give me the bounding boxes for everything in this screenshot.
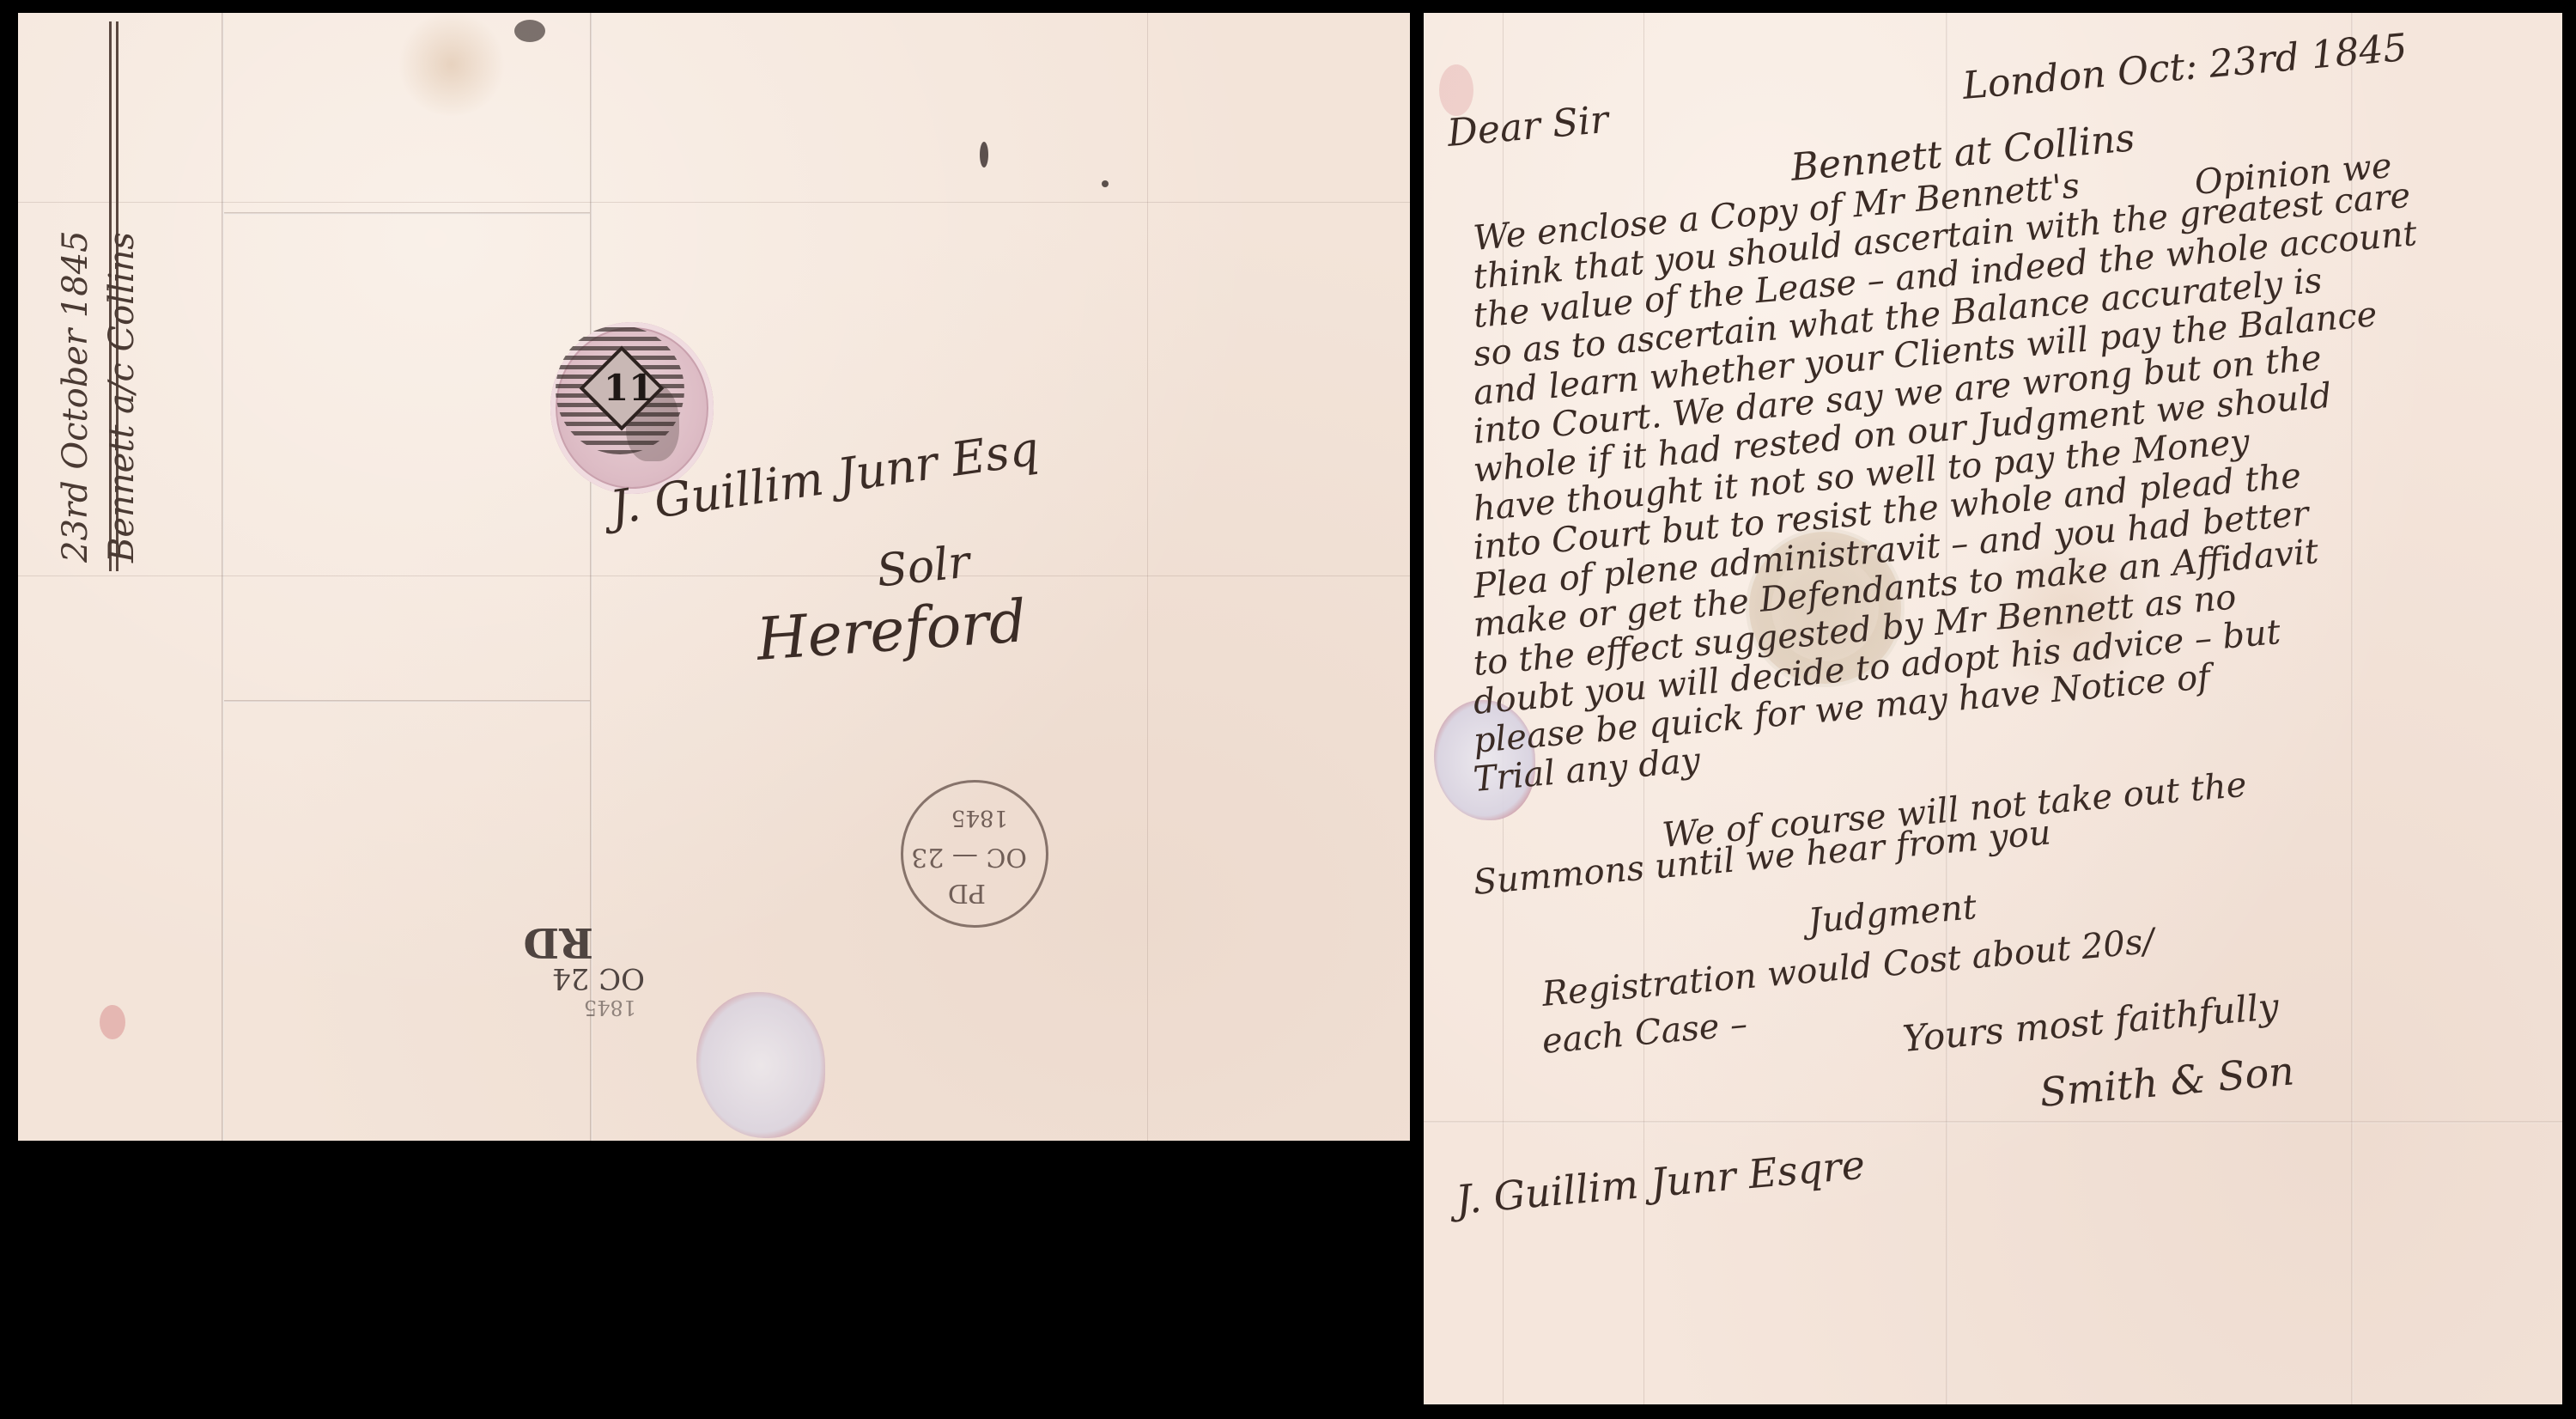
dateline: London Oct: 23rd 1845 [1961, 26, 2409, 108]
signature: Smith & Son [2038, 1047, 2296, 1116]
ink-speck [1102, 180, 1109, 187]
body-line: each Case – [1540, 1004, 1749, 1062]
red-wax-spot [100, 1005, 125, 1039]
fold-crease [18, 202, 1410, 203]
stain [396, 13, 507, 116]
address-title: Solr [874, 536, 972, 597]
red-wax-spot [1439, 64, 1473, 116]
wax-seal-remnant [696, 992, 825, 1138]
docket-matter: Bennett a/c Collins [99, 230, 145, 563]
ink-speck [980, 142, 988, 167]
salutation: Dear Sir [1446, 98, 1611, 155]
fold-line [1424, 1121, 2562, 1124]
letter-text-side: London Oct: 23rd 1845 Dear Sir Bennett a… [1424, 13, 2562, 1404]
embossed-stamp: 11 [550, 322, 714, 494]
pd-datestamp: PD OC — 23 1845 [901, 780, 1048, 928]
postmark-text: 1845 [584, 996, 636, 1020]
docket-endorsement: 23rd October 1845 Bennett a/c Collins [52, 230, 145, 563]
ink-blot [514, 20, 545, 42]
postmark-text: 1845 [951, 805, 1008, 831]
postmark-text: OC 24 [552, 961, 645, 996]
envelope-address-side: 23rd October 1845 Bennett a/c Collins 11… [18, 13, 1410, 1141]
address-town: Hereford [755, 588, 1029, 674]
hereford-receiving-stamp: RD OC 24 1845 [499, 872, 696, 1001]
postmark-text: OC — 23 [911, 842, 1027, 872]
closing: Yours most faithfully [1901, 985, 2281, 1060]
body-line: Judgment [1807, 887, 1978, 941]
fold-line [222, 13, 224, 1141]
postmark-text: PD [948, 878, 986, 908]
addressee-line: J. Guillim Junr Esqre [1454, 1142, 1867, 1223]
postmark-text: RD [523, 918, 593, 966]
docket-date: 23rd October 1845 [52, 230, 99, 563]
fold-crease [1147, 13, 1148, 1141]
fold-line [224, 212, 590, 215]
cancel-number: 11 [604, 367, 653, 409]
fold-line [224, 700, 590, 703]
fold-crease [18, 576, 1410, 576]
